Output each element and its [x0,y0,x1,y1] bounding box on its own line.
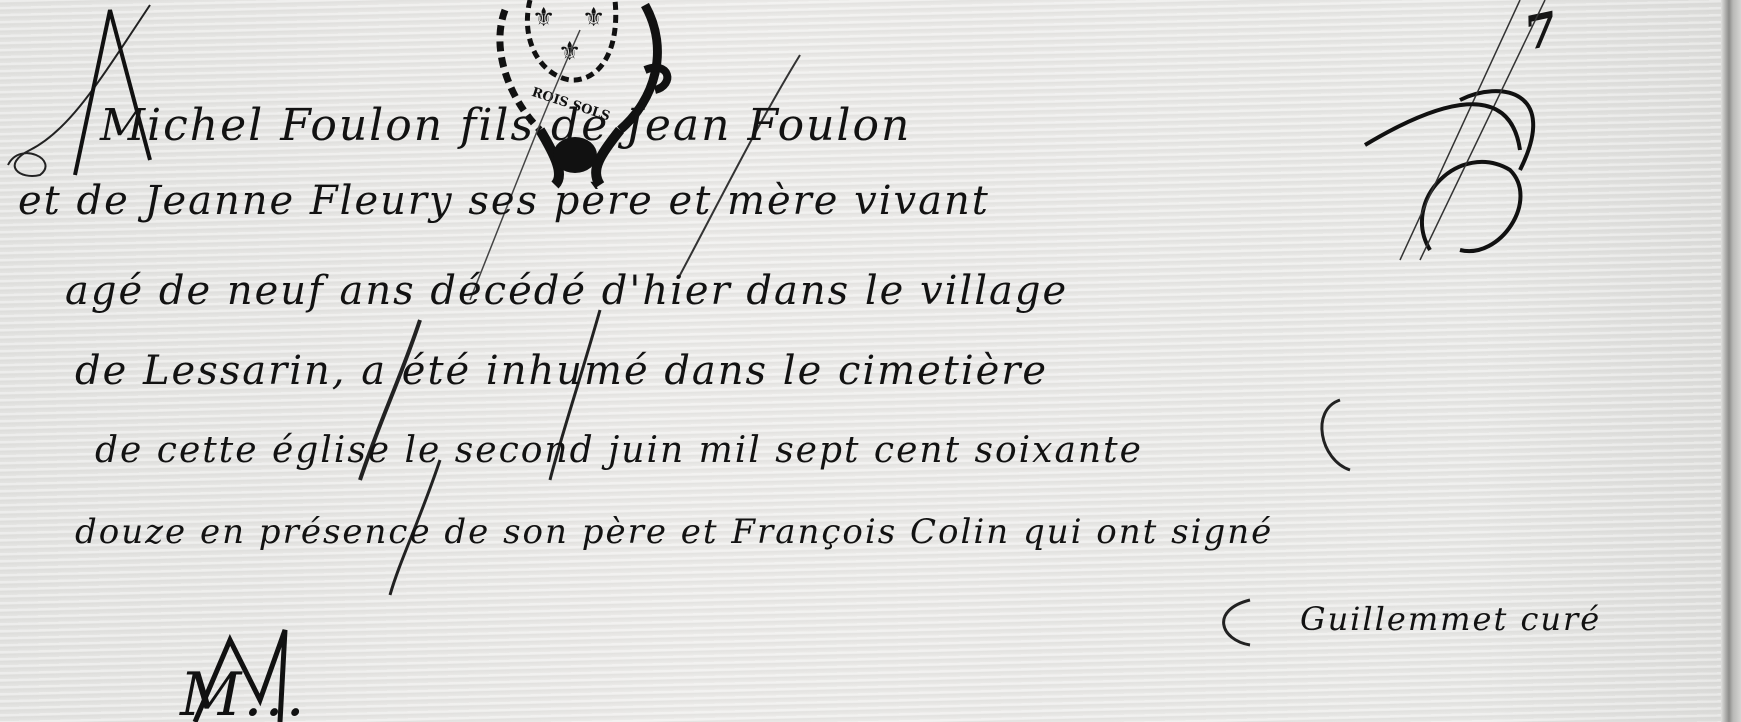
entry-line-2: et de Jeanne Fleury ses père et mère viv… [18,178,990,224]
svg-text:⚜: ⚜ [532,3,555,33]
register-page: ⚜ ⚜ ⚜ ROIS SOLS 7 Michel Foulon fils de … [0,0,1741,722]
next-entry-start: M... [180,660,307,722]
svg-text:⚜: ⚜ [558,37,581,67]
entry-line-1: Michel Foulon fils de Jean Foulon [100,100,911,151]
priest-signature: Guillemmet curé [1300,600,1601,638]
page-edge [1721,0,1741,722]
entry-line-6: douze en présence de son père et Françoi… [75,512,1273,552]
entry-line-3: agé de neuf ans décédé d'hier dans le vi… [65,268,1068,314]
tax-stamp-icon: ⚜ ⚜ ⚜ ROIS SOLS [470,0,680,190]
entry-line-5: de cette église le second juin mil sept … [95,430,1143,471]
entry-line-4: de Lessarin, a été inhumé dans le cimeti… [75,348,1048,394]
svg-text:⚜: ⚜ [582,3,605,33]
page-number: 7 [1520,1,1563,60]
